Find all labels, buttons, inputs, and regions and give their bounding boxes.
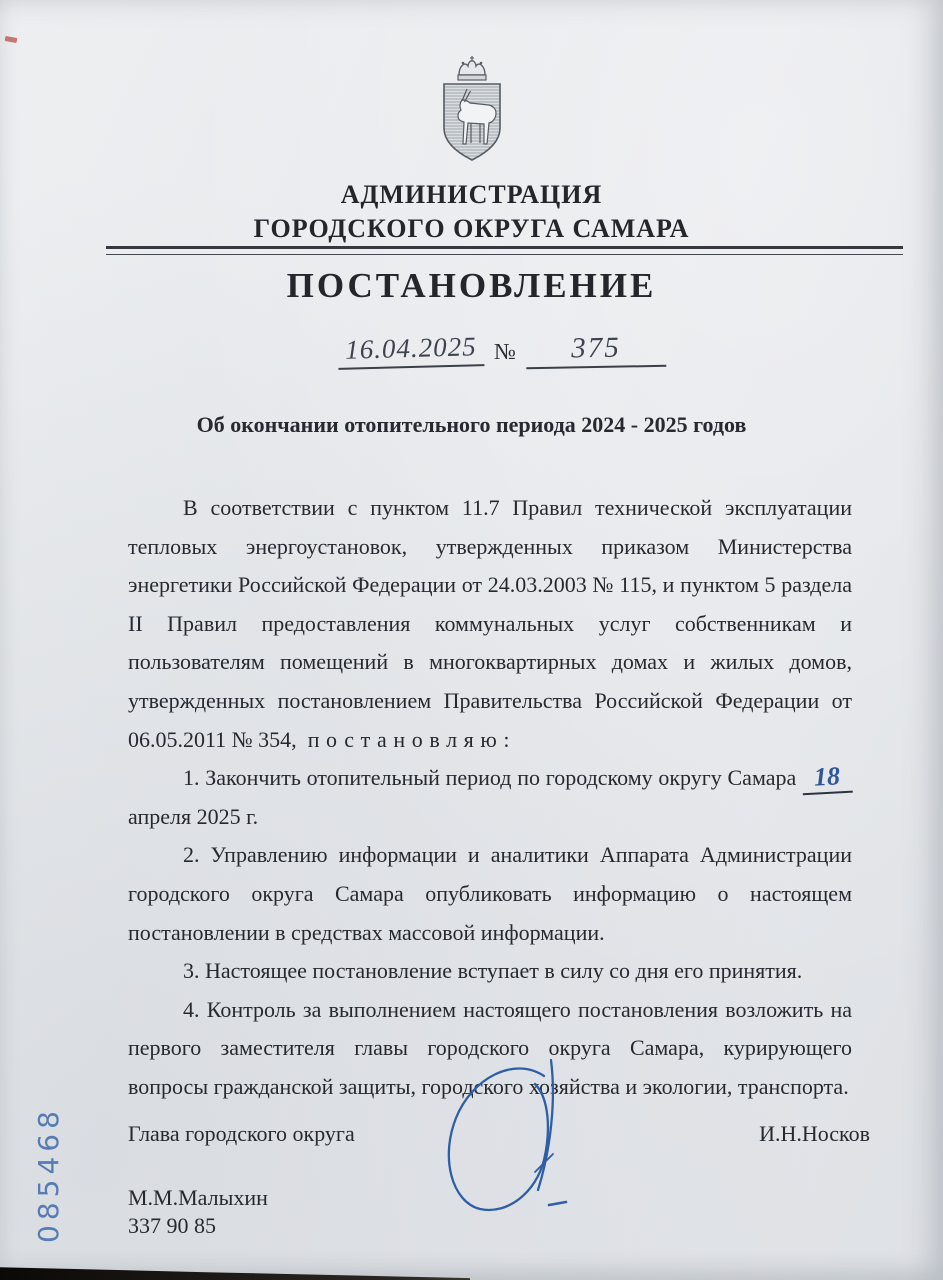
photo-of-document: АДМИНИСТРАЦИЯ ГОРОДСКОГО ОКРУГА САМАРА П… bbox=[0, 0, 943, 1280]
item-2: 2. Управлению информации и аналитики Апп… bbox=[128, 836, 852, 952]
document-type-heading: ПОСТАНОВЛЕНИЕ bbox=[0, 266, 943, 306]
number-sign: № bbox=[494, 339, 516, 368]
date-number-row: 16.04.2025 № 375 bbox=[338, 332, 666, 368]
header-divider bbox=[106, 246, 903, 255]
item-1-text: 1. Закончить отопительный период по горо… bbox=[183, 765, 796, 790]
org-line2: ГОРОДСКОГО ОКРУГА САМАРА bbox=[0, 212, 943, 246]
executor-phone: 337 90 85 bbox=[128, 1212, 268, 1240]
organization-name: АДМИНИСТРАЦИЯ ГОРОДСКОГО ОКРУГА САМАРА bbox=[0, 178, 943, 246]
signer-position: Глава городского округа bbox=[128, 1121, 355, 1147]
intro-verb: постановляю: bbox=[308, 727, 516, 752]
org-line1: АДМИНИСТРАЦИЯ bbox=[0, 178, 943, 212]
intro-text: В соответствии с пунктом 11.7 Правил тех… bbox=[128, 495, 852, 752]
document-title: Об окончании отопительного периода 2024 … bbox=[0, 412, 943, 438]
document-body: В соответствии с пунктом 11.7 Правил тех… bbox=[128, 489, 852, 1107]
executor-name: М.М.Малыхин bbox=[128, 1184, 268, 1212]
executor-block: М.М.Малыхин 337 90 85 bbox=[128, 1184, 268, 1240]
item-1-tail: апреля 2025 г. bbox=[128, 804, 258, 829]
registration-stamp-number: 085468 bbox=[32, 1106, 65, 1243]
handwritten-date: 16.04.2025 bbox=[338, 331, 485, 370]
signer-name: И.Н.Носков bbox=[759, 1121, 870, 1147]
handwritten-day: 18 bbox=[801, 761, 853, 796]
item-3: 3. Настоящее постановление вступает в си… bbox=[128, 952, 852, 991]
samara-coat-of-arms-icon bbox=[432, 56, 512, 173]
handwritten-number: 375 bbox=[526, 331, 667, 369]
intro-paragraph: В соответствии с пунктом 11.7 Правил тех… bbox=[128, 489, 852, 759]
item-1: 1. Закончить отопительный период по горо… bbox=[128, 759, 852, 836]
ink-signature bbox=[432, 1056, 582, 1231]
